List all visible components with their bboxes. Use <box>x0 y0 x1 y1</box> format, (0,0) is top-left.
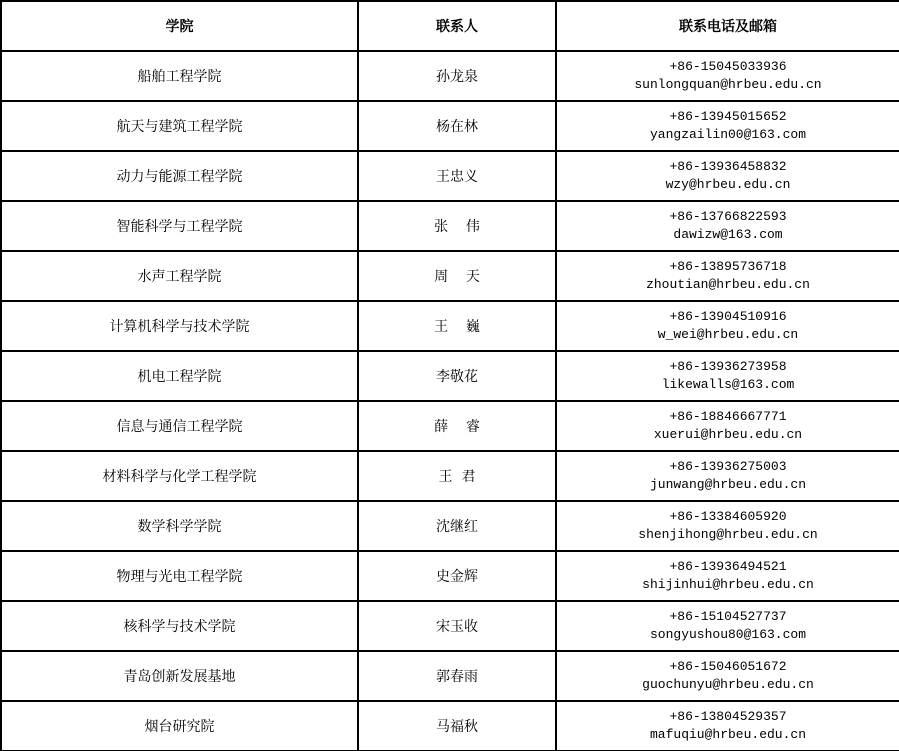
contact-name: 王忠义 <box>436 169 478 185</box>
contact-cell: 孙龙泉 <box>358 51 556 101</box>
email-address[interactable]: w_wei@hrbeu.edu.cn <box>557 326 899 344</box>
header-row: 学院 联系人 联系电话及邮箱 <box>1 1 899 51</box>
contact-cell: 张 伟 <box>358 201 556 251</box>
phone-number: +86-13904510916 <box>557 308 899 326</box>
contact-name: 沈继红 <box>436 519 478 535</box>
phone-number: +86-15045033936 <box>557 58 899 76</box>
college-name: 水声工程学院 <box>138 269 222 285</box>
contact-name: 马福秋 <box>436 719 478 735</box>
contacts-table: 学院 联系人 联系电话及邮箱 船舶工程学院孙龙泉+86-15045033936s… <box>0 0 899 751</box>
college-name: 信息与通信工程学院 <box>117 419 243 435</box>
email-address[interactable]: shenjihong@hrbeu.edu.cn <box>557 526 899 544</box>
contact-name: 李敬花 <box>436 369 478 385</box>
college-cell: 水声工程学院 <box>1 251 358 301</box>
phone-number: +86-13936273958 <box>557 358 899 376</box>
phone-email-cell: +86-13936458832wzy@hrbeu.edu.cn <box>556 151 899 201</box>
phone-email-cell: +86-13804529357mafuqiu@hrbeu.edu.cn <box>556 701 899 751</box>
contact-cell: 沈继红 <box>358 501 556 551</box>
contact-cell: 薛 睿 <box>358 401 556 451</box>
contact-cell: 郭春雨 <box>358 651 556 701</box>
table-row: 船舶工程学院孙龙泉+86-15045033936sunlongquan@hrbe… <box>1 51 899 101</box>
table-row: 动力与能源工程学院王忠义+86-13936458832wzy@hrbeu.edu… <box>1 151 899 201</box>
contact-name: 王 君 <box>439 469 476 485</box>
college-cell: 烟台研究院 <box>1 701 358 751</box>
email-address[interactable]: wzy@hrbeu.edu.cn <box>557 176 899 194</box>
phone-email-cell: +86-13936275003junwang@hrbeu.edu.cn <box>556 451 899 501</box>
email-address[interactable]: guochunyu@hrbeu.edu.cn <box>557 676 899 694</box>
table-row: 水声工程学院周 天+86-13895736718zhoutian@hrbeu.e… <box>1 251 899 301</box>
phone-email-cell: +86-15045033936sunlongquan@hrbeu.edu.cn <box>556 51 899 101</box>
phone-number: +86-13895736718 <box>557 258 899 276</box>
phone-email-cell: +86-18846667771xuerui@hrbeu.edu.cn <box>556 401 899 451</box>
college-cell: 机电工程学院 <box>1 351 358 401</box>
table-row: 信息与通信工程学院薛 睿+86-18846667771xuerui@hrbeu.… <box>1 401 899 451</box>
contact-cell: 王 君 <box>358 451 556 501</box>
contact-name: 薛 睿 <box>434 419 480 435</box>
phone-email-cell: +86-15046051672guochunyu@hrbeu.edu.cn <box>556 651 899 701</box>
college-name: 船舶工程学院 <box>138 69 222 85</box>
phone-number: +86-13936494521 <box>557 558 899 576</box>
table-row: 材料科学与化学工程学院王 君+86-13936275003junwang@hrb… <box>1 451 899 501</box>
table-row: 烟台研究院马福秋+86-13804529357mafuqiu@hrbeu.edu… <box>1 701 899 751</box>
table-row: 物理与光电工程学院史金辉+86-13936494521shijinhui@hrb… <box>1 551 899 601</box>
contact-name: 宋玉收 <box>436 619 478 635</box>
college-cell: 计算机科学与技术学院 <box>1 301 358 351</box>
phone-email-cell: +86-13936273958likewalls@163.com <box>556 351 899 401</box>
email-address[interactable]: likewalls@163.com <box>557 376 899 394</box>
college-cell: 航天与建筑工程学院 <box>1 101 358 151</box>
contact-cell: 李敬花 <box>358 351 556 401</box>
college-name: 核科学与技术学院 <box>124 619 236 635</box>
email-address[interactable]: shijinhui@hrbeu.edu.cn <box>557 576 899 594</box>
college-name: 智能科学与工程学院 <box>117 219 243 235</box>
header-college: 学院 <box>1 1 358 51</box>
phone-email-cell: +86-13384605920shenjihong@hrbeu.edu.cn <box>556 501 899 551</box>
email-address[interactable]: junwang@hrbeu.edu.cn <box>557 476 899 494</box>
email-address[interactable]: dawizw@163.com <box>557 226 899 244</box>
college-cell: 数学科学学院 <box>1 501 358 551</box>
college-name: 烟台研究院 <box>145 719 215 735</box>
phone-number: +86-13945015652 <box>557 108 899 126</box>
table-row: 青岛创新发展基地郭春雨+86-15046051672guochunyu@hrbe… <box>1 651 899 701</box>
phone-number: +86-13936458832 <box>557 158 899 176</box>
college-name: 材料科学与化学工程学院 <box>103 469 257 485</box>
college-cell: 核科学与技术学院 <box>1 601 358 651</box>
college-name: 青岛创新发展基地 <box>124 669 236 685</box>
phone-email-cell: +86-15104527737songyushou80@163.com <box>556 601 899 651</box>
contact-name: 王 巍 <box>434 319 480 335</box>
phone-email-cell: +86-13945015652yangzailin00@163.com <box>556 101 899 151</box>
contact-cell: 史金辉 <box>358 551 556 601</box>
college-cell: 动力与能源工程学院 <box>1 151 358 201</box>
contact-name: 郭春雨 <box>436 669 478 685</box>
table-row: 计算机科学与技术学院王 巍+86-13904510916w_wei@hrbeu.… <box>1 301 899 351</box>
contact-cell: 王忠义 <box>358 151 556 201</box>
email-address[interactable]: yangzailin00@163.com <box>557 126 899 144</box>
contact-name: 孙龙泉 <box>436 69 478 85</box>
contact-cell: 周 天 <box>358 251 556 301</box>
college-cell: 青岛创新发展基地 <box>1 651 358 701</box>
contact-cell: 王 巍 <box>358 301 556 351</box>
table-row: 数学科学学院沈继红+86-13384605920shenjihong@hrbeu… <box>1 501 899 551</box>
contact-cell: 宋玉收 <box>358 601 556 651</box>
phone-email-cell: +86-13766822593dawizw@163.com <box>556 201 899 251</box>
college-name: 数学科学学院 <box>138 519 222 535</box>
college-name: 动力与能源工程学院 <box>117 169 243 185</box>
phone-email-cell: +86-13904510916w_wei@hrbeu.edu.cn <box>556 301 899 351</box>
college-cell: 材料科学与化学工程学院 <box>1 451 358 501</box>
college-name: 计算机科学与技术学院 <box>110 319 250 335</box>
college-cell: 智能科学与工程学院 <box>1 201 358 251</box>
college-cell: 船舶工程学院 <box>1 51 358 101</box>
contact-name: 杨在林 <box>436 119 478 135</box>
header-contact: 联系人 <box>358 1 556 51</box>
phone-number: +86-13384605920 <box>557 508 899 526</box>
email-address[interactable]: mafuqiu@hrbeu.edu.cn <box>557 726 899 744</box>
email-address[interactable]: xuerui@hrbeu.edu.cn <box>557 426 899 444</box>
table-row: 智能科学与工程学院张 伟+86-13766822593dawizw@163.co… <box>1 201 899 251</box>
college-name: 机电工程学院 <box>138 369 222 385</box>
college-name: 物理与光电工程学院 <box>117 569 243 585</box>
contact-name: 史金辉 <box>436 569 478 585</box>
phone-number: +86-15046051672 <box>557 658 899 676</box>
email-address[interactable]: songyushou80@163.com <box>557 626 899 644</box>
contact-name: 张 伟 <box>434 219 480 235</box>
phone-email-cell: +86-13895736718zhoutian@hrbeu.edu.cn <box>556 251 899 301</box>
contact-cell: 杨在林 <box>358 101 556 151</box>
contact-cell: 马福秋 <box>358 701 556 751</box>
phone-number: +86-13936275003 <box>557 458 899 476</box>
phone-number: +86-15104527737 <box>557 608 899 626</box>
college-cell: 物理与光电工程学院 <box>1 551 358 601</box>
table-row: 航天与建筑工程学院杨在林+86-13945015652yangzailin00@… <box>1 101 899 151</box>
college-cell: 信息与通信工程学院 <box>1 401 358 451</box>
email-address[interactable]: zhoutian@hrbeu.edu.cn <box>557 276 899 294</box>
contact-name: 周 天 <box>434 269 480 285</box>
email-address[interactable]: sunlongquan@hrbeu.edu.cn <box>557 76 899 94</box>
phone-email-cell: +86-13936494521shijinhui@hrbeu.edu.cn <box>556 551 899 601</box>
college-name: 航天与建筑工程学院 <box>117 119 243 135</box>
header-phone-email: 联系电话及邮箱 <box>556 1 899 51</box>
phone-number: +86-13766822593 <box>557 208 899 226</box>
table-row: 机电工程学院李敬花+86-13936273958likewalls@163.co… <box>1 351 899 401</box>
table-row: 核科学与技术学院宋玉收+86-15104527737songyushou80@1… <box>1 601 899 651</box>
phone-number: +86-18846667771 <box>557 408 899 426</box>
phone-number: +86-13804529357 <box>557 708 899 726</box>
